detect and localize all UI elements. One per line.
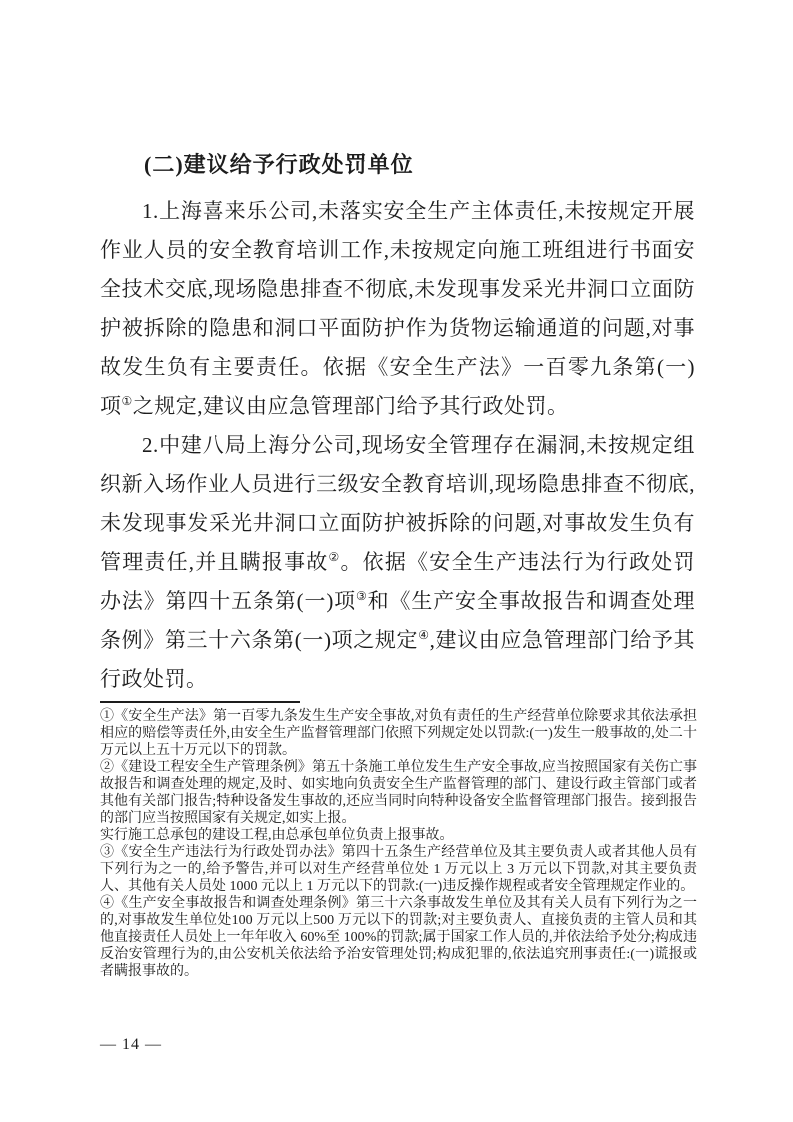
footnote-item: ④《生产安全事故报告和调查处理条例》第三十六条事故发生单位及其有关人员有下列行为… bbox=[100, 895, 697, 980]
body-content: (二)建议给予行政处罚单位 1.上海喜来乐公司,未落实安全生产主体责任,未按规定… bbox=[100, 148, 695, 699]
body-paragraphs: 1.上海喜来乐公司,未落实安全生产主体责任,未按规定开展作业人员的安全教育培训工… bbox=[100, 192, 695, 699]
footnote-ref: ② bbox=[328, 550, 340, 564]
footnote-item: 实行施工总承包的建设工程,由总承包单位负责上报事故。 bbox=[100, 827, 697, 844]
section-heading: (二)建议给予行政处罚单位 bbox=[100, 148, 695, 182]
body-paragraph: 2.中建八局上海分公司,现场安全管理存在漏洞,未按规定组织新入场作业人员进行三级… bbox=[100, 426, 695, 699]
document-page: (二)建议给予行政处罚单位 1.上海喜来乐公司,未落实安全生产主体责任,未按规定… bbox=[0, 0, 793, 1122]
footnote-separator bbox=[100, 701, 300, 703]
footnote-ref: ③ bbox=[356, 589, 368, 603]
footnote-item: ③《安全生产违法行为行政处罚办法》第四十五条生产经营单位及其主要负责人或者其他人… bbox=[100, 844, 697, 895]
footnote-item: ②《建设工程安全生产管理条例》第五十条施工单位发生生产安全事故,应当按照国家有关… bbox=[100, 759, 697, 827]
footnote-ref: ④ bbox=[418, 628, 429, 642]
footnote-ref: ① bbox=[122, 394, 133, 408]
body-paragraph: 1.上海喜来乐公司,未落实安全生产主体责任,未按规定开展作业人员的安全教育培训工… bbox=[100, 192, 695, 426]
footnotes: ①《安全生产法》第一百零九条发生生产安全事故,对负有责任的生产经营单位除要求其依… bbox=[100, 708, 697, 980]
footnote-item: ①《安全生产法》第一百零九条发生生产安全事故,对负有责任的生产经营单位除要求其依… bbox=[100, 708, 697, 759]
page-number: — 14 — bbox=[100, 1036, 162, 1054]
